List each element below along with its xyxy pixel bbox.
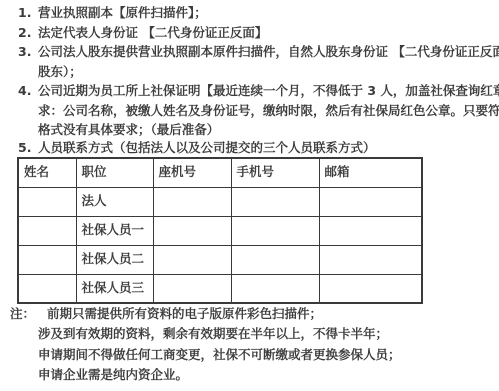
list-item-5-text: 人员联系方式（包括法人以及公司提交的三个人员联系方式） [38,140,376,155]
list-item-3-text-line2: 股东）； [38,64,82,79]
cell-email [319,216,422,245]
cell-position: 社保人员三 [76,274,153,303]
cell-name [18,245,76,274]
list-item-3-text-line1: 公司法人股东提供营业执照副本原件扫描件，自然人股东身份证 【二代身份证正反面】（… [38,44,499,59]
cell-name [18,274,76,303]
note-line-2: 涉及到有效期的资料，剩余有效期要在半年以上，不得卡半年； [38,326,388,341]
cell-email [319,245,422,274]
table-row: 社保人员三 [18,274,422,303]
th-name: 姓名 [18,158,76,187]
cell-position: 社保人员一 [76,216,153,245]
th-position: 职位 [76,158,153,187]
table-row: 社保人员二 [18,245,422,274]
cell-email [319,274,422,303]
cell-name [18,216,76,245]
list-item-2-text: 法定代表人身份证 【二代身份证正反面】 [38,25,267,40]
notes-label: 注： [10,306,35,321]
th-email: 邮箱 [319,158,422,187]
cell-mobile [231,216,319,245]
cell-mobile [231,187,319,216]
note-line-1: 前期只需提供所有资料的电子版原件彩色扫描件； [47,306,322,321]
list-item-4-text-line1: 公司近期为员工所上社保证明【最近连续一个月，不得低于 3 人，加盖社保查询红章】… [38,83,499,98]
list-item-5-number: 5. [18,140,31,155]
th-landline: 座机号 [153,158,231,187]
document-page: 1. 营业执照副本【原件扫描件】； 2. 法定代表人身份证 【二代身份证正反面】… [0,0,499,391]
cell-landline [153,216,231,245]
list-item-1-number: 1. [18,5,31,20]
cell-position: 法人 [76,187,153,216]
note-line-3: 申请期间不得做任何工商变更，社保不可断缴或者更换参保人员； [38,347,401,362]
cell-name [18,187,76,216]
note-line-4: 申请企业需是纯内资企业。 [38,367,188,382]
list-item-4-text-line2: 求：公司名称，被缴人姓名及身份证号，缴纳时限，然后有社保局红色公章。只要符合以上… [38,103,499,118]
table-header-row: 姓名 职位 座机号 手机号 邮箱 [18,158,422,187]
cell-mobile [231,245,319,274]
list-item-1-text: 营业执照副本【原件扫描件】； [38,5,207,20]
cell-landline [153,187,231,216]
cell-mobile [231,274,319,303]
th-mobile: 手机号 [231,158,319,187]
table-row: 社保人员一 [18,216,422,245]
list-item-2-number: 2. [18,25,31,40]
cell-landline [153,245,231,274]
cell-landline [153,274,231,303]
table-row: 法人 [18,187,422,216]
contact-table: 姓名 职位 座机号 手机号 邮箱 法人 社保人员一 社保人员二 [17,157,423,304]
cell-email [319,187,422,216]
list-item-4-text-line3: 格式没有具体要求；（最后准备） [38,122,219,137]
list-item-3-number: 3. [18,44,31,59]
list-item-4-number: 4. [18,83,31,98]
cell-position: 社保人员二 [76,245,153,274]
